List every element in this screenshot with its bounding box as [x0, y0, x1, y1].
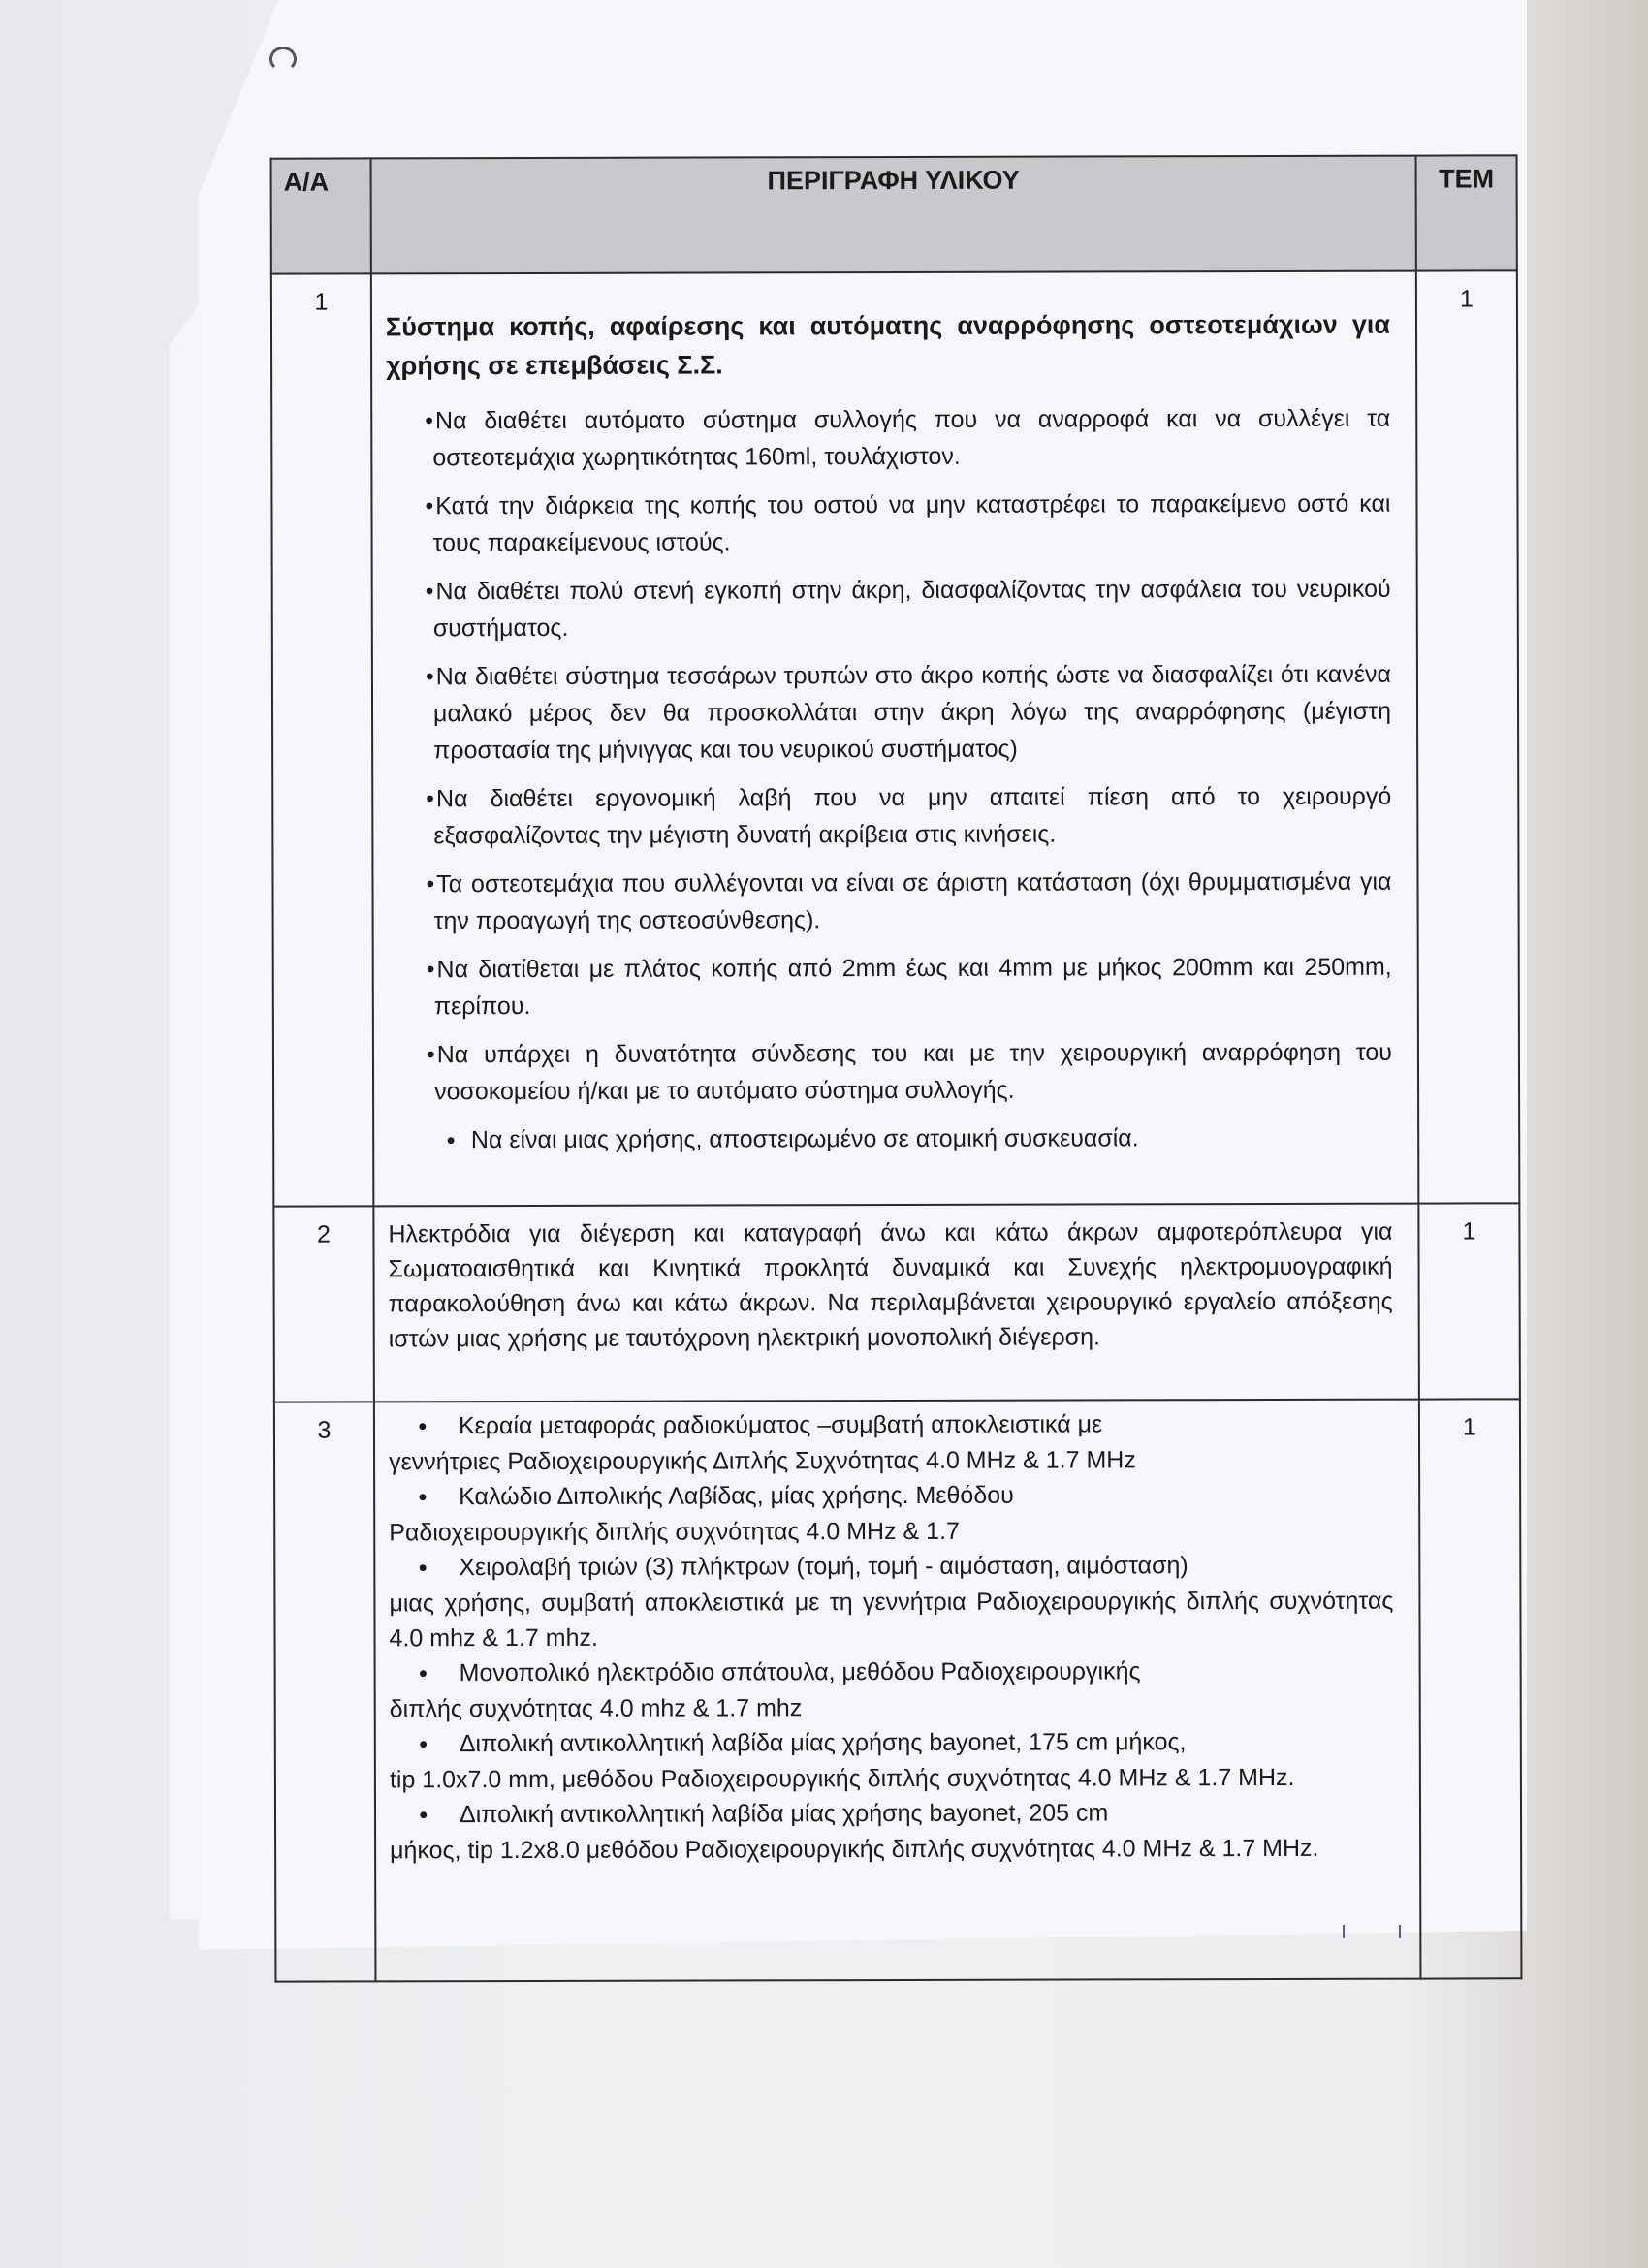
table-row: 2 Ηλεκτρόδια για διέγερση και καταγραφή … [273, 1203, 1520, 1402]
component-item: ●Κεραία μεταφοράς ραδιοκύματος –συμβατή … [389, 1406, 1393, 1480]
header-quantity: ΤΕΜ [1416, 155, 1517, 270]
component-item: ●Διπολική αντικολλητική λαβίδα μίας χρήσ… [390, 1724, 1394, 1798]
row-number: 1 [271, 273, 374, 1206]
requirement-item: Να είναι μιας χρήσης, αποστειρωμένο σε α… [446, 1119, 1392, 1160]
table-header-row: Α/Α ΠΕΡΙΓΡΑΦΗ ΥΛΙΚΟΥ ΤΕΜ [271, 155, 1517, 273]
component-rest: διπλής συχνότητας 4.0 mhz & 1.7 mhz [390, 1694, 803, 1722]
row-number: 3 [274, 1402, 376, 1981]
bullet-icon: ● [390, 1798, 460, 1833]
requirement-item: Να διατίθεται με πλάτος κοπής από 2mm έω… [434, 949, 1392, 1025]
component-rest: Ραδιοχειρουργικής διπλής συχνότητας 4.0 … [389, 1518, 960, 1547]
row-quantity: 1 [1418, 1203, 1520, 1399]
header-number: Α/Α [271, 158, 371, 273]
bullet-icon: ● [389, 1480, 459, 1515]
component-first-line: Χειρολαβή τριών (3) πλήκτρων (τομή, τομή… [459, 1552, 1188, 1581]
component-rest: γεννήτριες Ραδιοχειρουργικής Διπλής Συχν… [389, 1446, 1136, 1475]
item-title: Σύστημα κοπής, αφαίρεσης και αυτόματης α… [386, 305, 1390, 386]
table-row: 1 Σύστημα κοπής, αφαίρεσης και αυτόματης… [271, 270, 1520, 1206]
component-first-line: Καλώδιο Διπολικής Λαβίδας, μίας χρήσης. … [459, 1482, 1014, 1510]
component-item: ●Διπολική αντικολλητική λαβίδα μίας χρήσ… [390, 1795, 1394, 1869]
requirement-item: Να υπάρχει η δυνατότητα σύνδεσης του και… [434, 1034, 1392, 1111]
table-row: 3 ●Κεραία μεταφοράς ραδιοκύματος –συμβατ… [274, 1399, 1522, 1981]
component-first-line: Διπολική αντικολλητική λαβίδα μίας χρήση… [460, 1728, 1187, 1757]
component-rest: μιας χρήσης, συμβατή αποκλειστικά με τη … [389, 1588, 1393, 1653]
row-quantity: 1 [1416, 270, 1520, 1203]
component-item: ●Μονοπολικό ηλεκτρόδιο σπάτουλα, μεθόδου… [390, 1654, 1394, 1727]
component-first-line: Κεραία μεταφοράς ραδιοκύματος –συμβατή α… [459, 1410, 1102, 1439]
bullet-icon: ● [389, 1409, 459, 1444]
requirement-item: Να διαθέτει εργονομική λαβή που να μην α… [433, 778, 1391, 855]
pen-marks [1343, 1925, 1403, 1938]
row-description: Σύστημα κοπής, αφαίρεσης και αυτόματης α… [371, 271, 1419, 1207]
row-description: ●Κεραία μεταφοράς ραδιοκύματος –συμβατή … [374, 1400, 1421, 1982]
header-description: ΠΕΡΙΓΡΑΦΗ ΥΛΙΚΟΥ [371, 156, 1416, 274]
component-rest: μήκος, tip 1.2x8.0 μεθόδου Ραδιοχειρουργ… [390, 1835, 1318, 1865]
bullet-icon: ● [389, 1551, 459, 1586]
component-item: ●Καλώδιο Διπολικής Λαβίδας, μίας χρήσης.… [389, 1477, 1393, 1551]
item-text: Ηλεκτρόδια για διέγερση και καταγραφή άν… [388, 1214, 1392, 1357]
requirement-item: Να διαθέτει αυτόματο σύστημα συλλογής πο… [432, 400, 1390, 477]
bullet-icon: ● [390, 1727, 460, 1762]
component-item: ●Χειρολαβή τριών (3) πλήκτρων (τομή, τομ… [389, 1548, 1393, 1656]
binder-ring-icon [269, 47, 297, 72]
row-number: 2 [273, 1206, 374, 1402]
requirement-item: Τα οστεοτεμάχια που συλλέγονται να είναι… [433, 864, 1391, 940]
specification-table: Α/Α ΠΕΡΙΓΡΑΦΗ ΥΛΙΚΟΥ ΤΕΜ 1 Σύστημα κοπής… [270, 154, 1523, 1982]
row-description: Ηλεκτρόδια για διέγερση και καταγραφή άν… [373, 1204, 1419, 1402]
component-first-line: Διπολική αντικολλητική λαβίδα μίας χρήση… [460, 1799, 1108, 1828]
requirement-item: Κατά την διάρκεια της κοπής του οστού να… [432, 486, 1390, 562]
requirement-item: Να διαθέτει πολύ στενή εγκοπή στην άκρη,… [433, 571, 1391, 647]
bullet-icon: ● [390, 1656, 460, 1691]
component-rest: tip 1.0x7.0 mm, μεθόδου Ραδιοχειρουργική… [390, 1764, 1295, 1793]
requirement-item: Να διαθέτει σύστημα τεσσάρων τρυπών στο … [433, 656, 1391, 770]
row-quantity: 1 [1419, 1399, 1522, 1978]
component-first-line: Μονοπολικό ηλεκτρόδιο σπάτουλα, μεθόδου … [460, 1657, 1141, 1686]
